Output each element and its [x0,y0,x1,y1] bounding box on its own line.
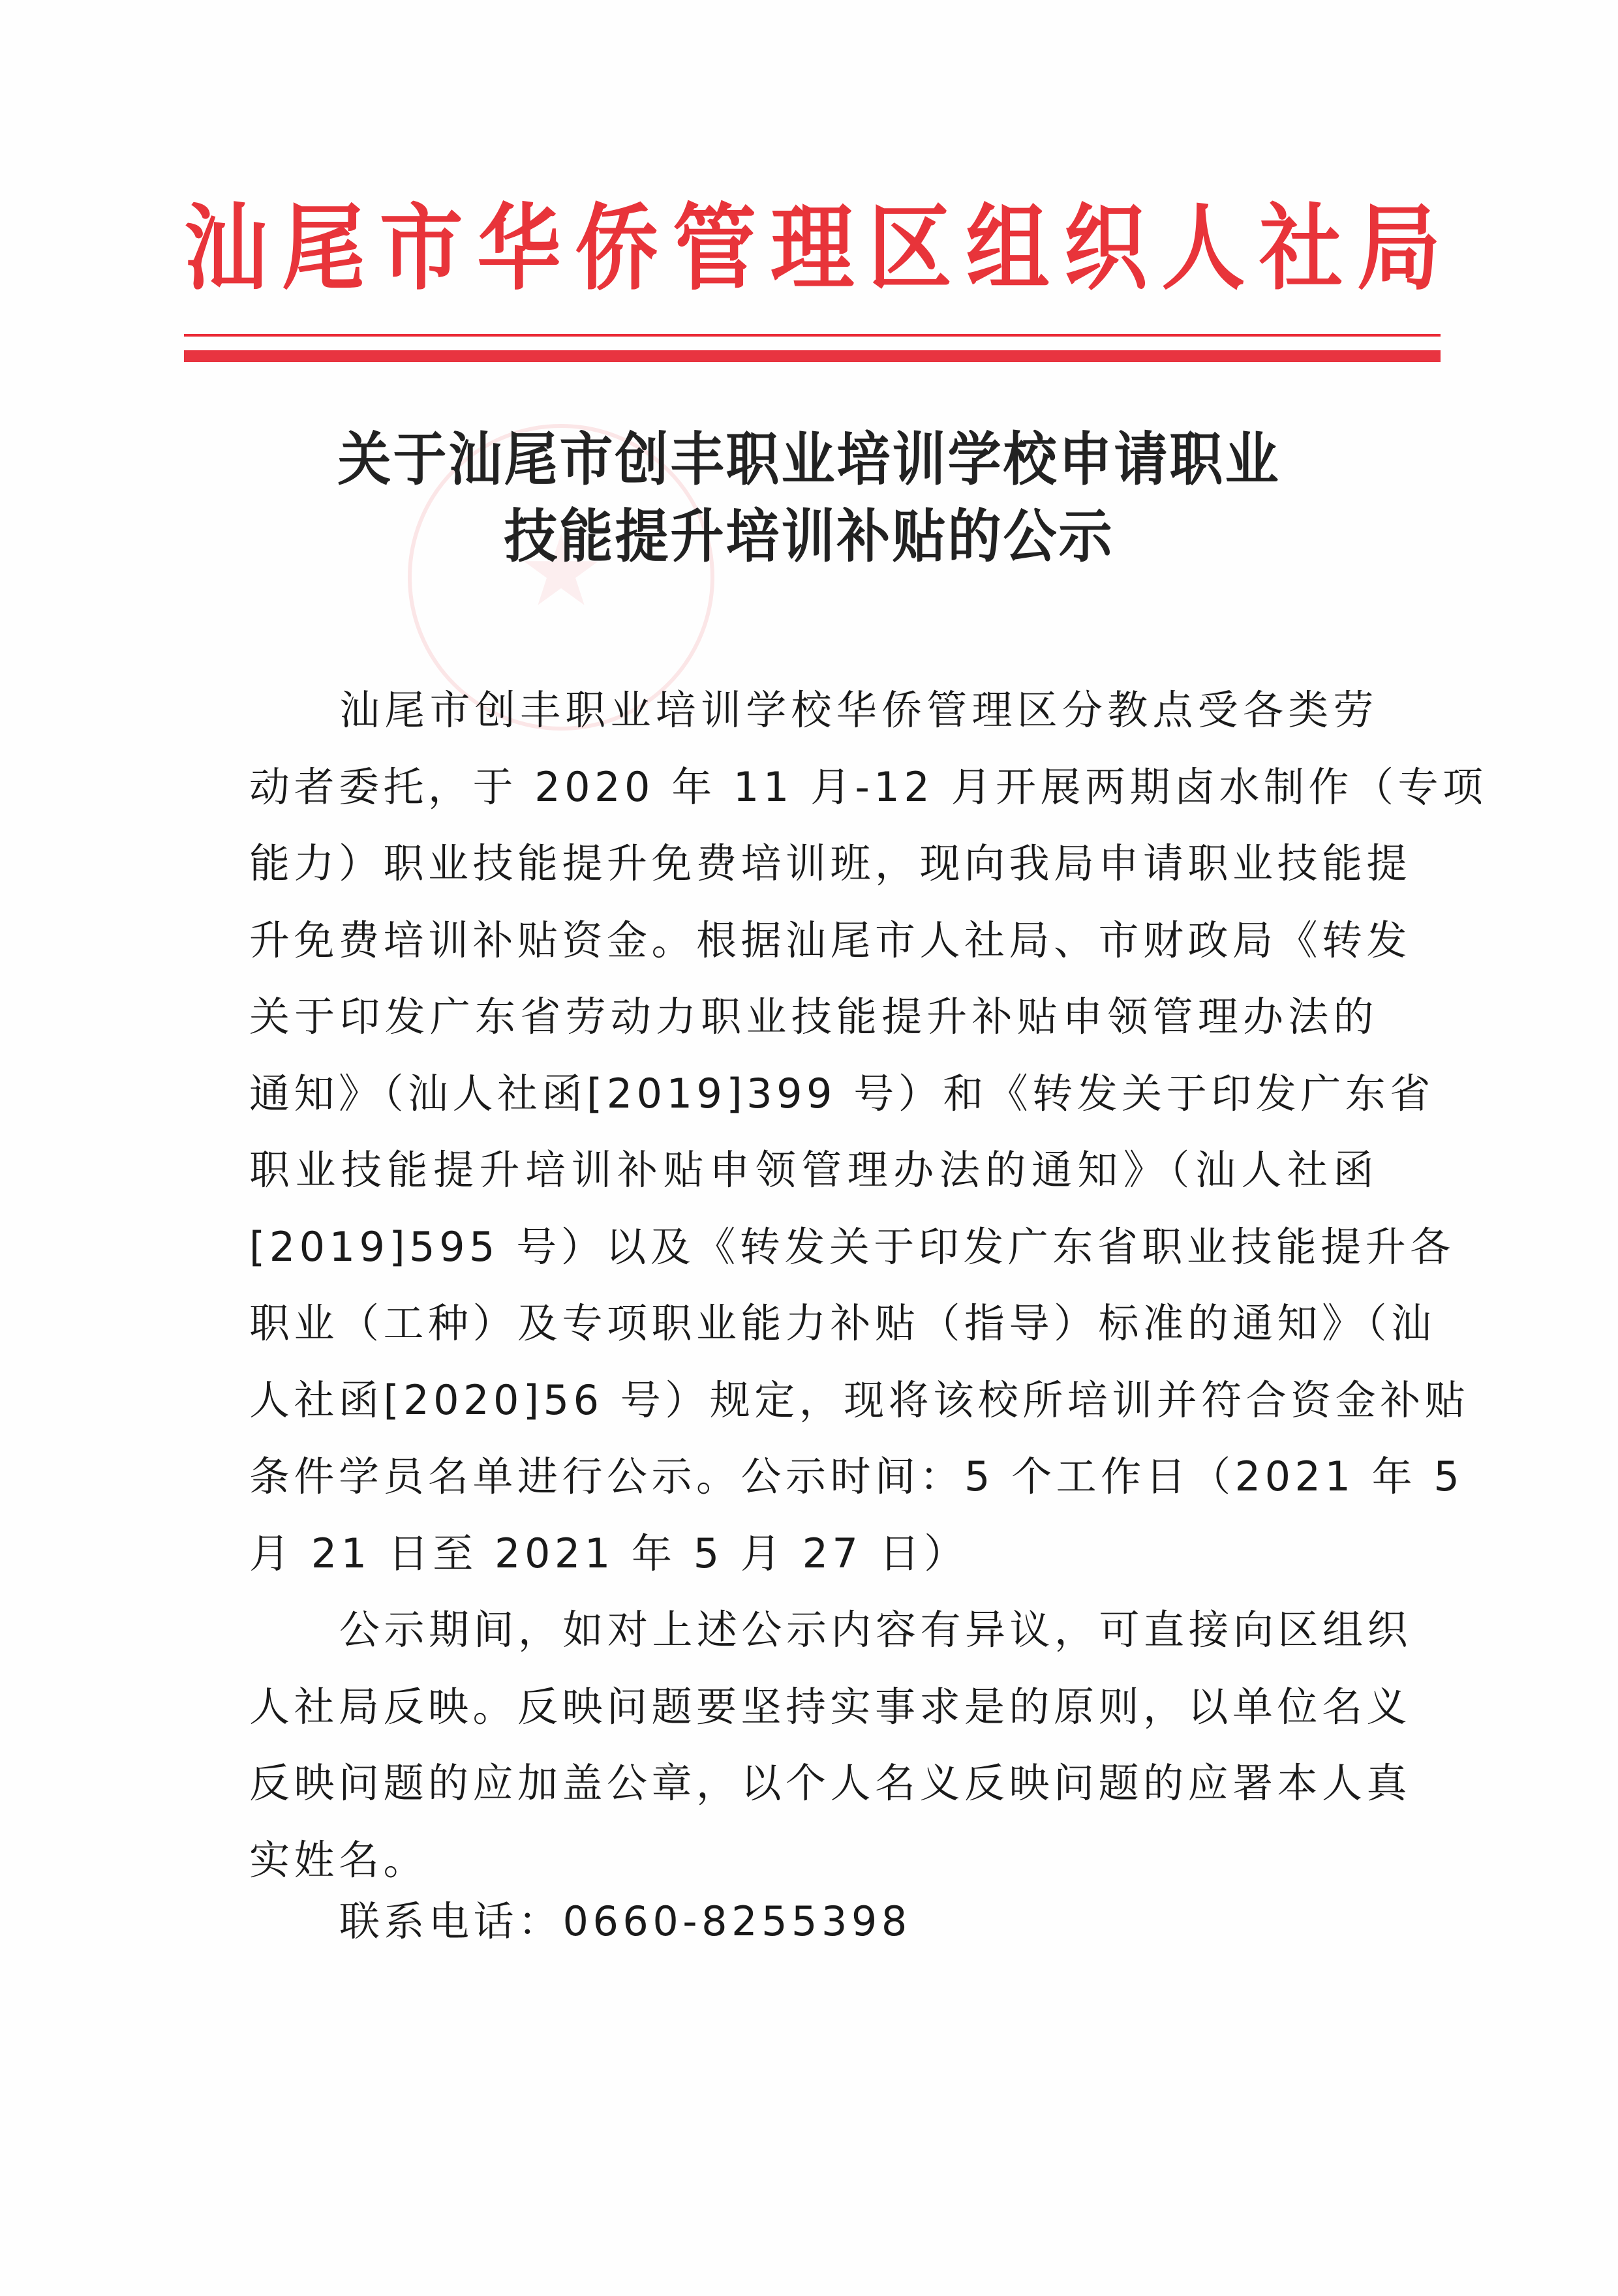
paragraph-2: 公示期间，如对上述公示内容有异议，可直接向区组织 人社局反映。反映问题要坚持实事… [249,1592,1378,1898]
masthead-char: 华 [477,202,560,295]
document-title-line-1: 关于汕尾市创丰职业培训学校申请职业 [0,433,1618,487]
body-line: 升免费培训补贴资金。根据汕尾市人社局、市财政局《转发 [249,902,1378,979]
masthead-title: 汕尾市华侨管理区组织人社局 [184,193,1441,304]
masthead-rule-thick [184,350,1441,362]
body-line: 实姓名。 [249,1822,1378,1899]
body-line: 月 21 日至 2021 年 5 月 27 日） [249,1515,1378,1592]
body-line: [2019]595 号）以及《转发关于印发广东省职业技能提升各 [249,1209,1378,1286]
body-line: 关于印发广东省劳动力职业技能提升补贴申领管理办法的 [249,978,1378,1055]
body-line: 汕尾市创丰职业培训学校华侨管理区分教点受各类劳 [249,672,1378,749]
body-line: 公示期间，如对上述公示内容有异议，可直接向区组织 [249,1592,1378,1669]
masthead-char: 织 [1063,202,1147,295]
paragraph-1: 汕尾市创丰职业培训学校华侨管理区分教点受各类劳 动者委托，于 2020 年 11… [249,672,1378,1592]
masthead-char: 社 [1259,202,1343,295]
body-line: 反映问题的应加盖公章，以个人名义反映问题的应署本人真 [249,1745,1378,1822]
body-line: 人社函[2020]56 号）规定，现将该校所培训并符合资金补贴 [249,1362,1378,1439]
title-text-1: 关于汕尾市创丰职业培训学校申请职业 [337,431,1280,489]
masthead-char: 理 [771,202,854,295]
masthead-char: 市 [380,202,463,295]
body-line: 职业技能提升培训补贴申领管理办法的通知》（汕人社函 [249,1132,1378,1209]
document-page: 汕尾市华侨管理区组织人社局 ★ 关于汕尾市创丰职业培训学校申请职业 技能提升培训… [0,0,1618,2296]
body-line: 职业（工种）及专项职业能力补贴（指导）标准的通知》（汕 [249,1285,1378,1362]
masthead-char: 汕 [184,202,267,295]
contact-phone: 0660-8255398 [563,1897,911,1945]
masthead-char: 管 [673,202,756,295]
masthead-rule-thin [184,334,1441,337]
masthead-char: 组 [966,202,1050,295]
body-line: 通知》（汕人社函[2019]399 号）和《转发关于印发广东省 [249,1055,1378,1132]
document-body: 汕尾市创丰职业培训学校华侨管理区分教点受各类劳 动者委托，于 2020 年 11… [249,672,1378,1898]
body-line: 动者委托，于 2020 年 11 月-12 月开展两期卤水制作（专项 [249,749,1378,826]
contact-phone-line: 联系电话：0660-8255398 [339,1901,911,1942]
contact-label: 联系电话： [339,1897,563,1945]
masthead-char: 区 [868,202,952,295]
body-line: 条件学员名单进行公示。公示时间：5 个工作日（2021 年 5 [249,1438,1378,1515]
document-title-line-2: 技能提升培训补贴的公示 [0,510,1618,564]
body-line: 人社局反映。反映问题要坚持实事求是的原则，以单位名义 [249,1669,1378,1745]
masthead-char: 人 [1161,202,1245,295]
masthead-char: 侨 [575,202,658,295]
title-text-2: 技能提升培训补贴的公示 [504,508,1114,566]
body-line: 能力）职业技能提升免费培训班，现向我局申请职业技能提 [249,825,1378,902]
masthead-char: 尾 [282,202,365,295]
masthead-char: 局 [1357,202,1441,295]
